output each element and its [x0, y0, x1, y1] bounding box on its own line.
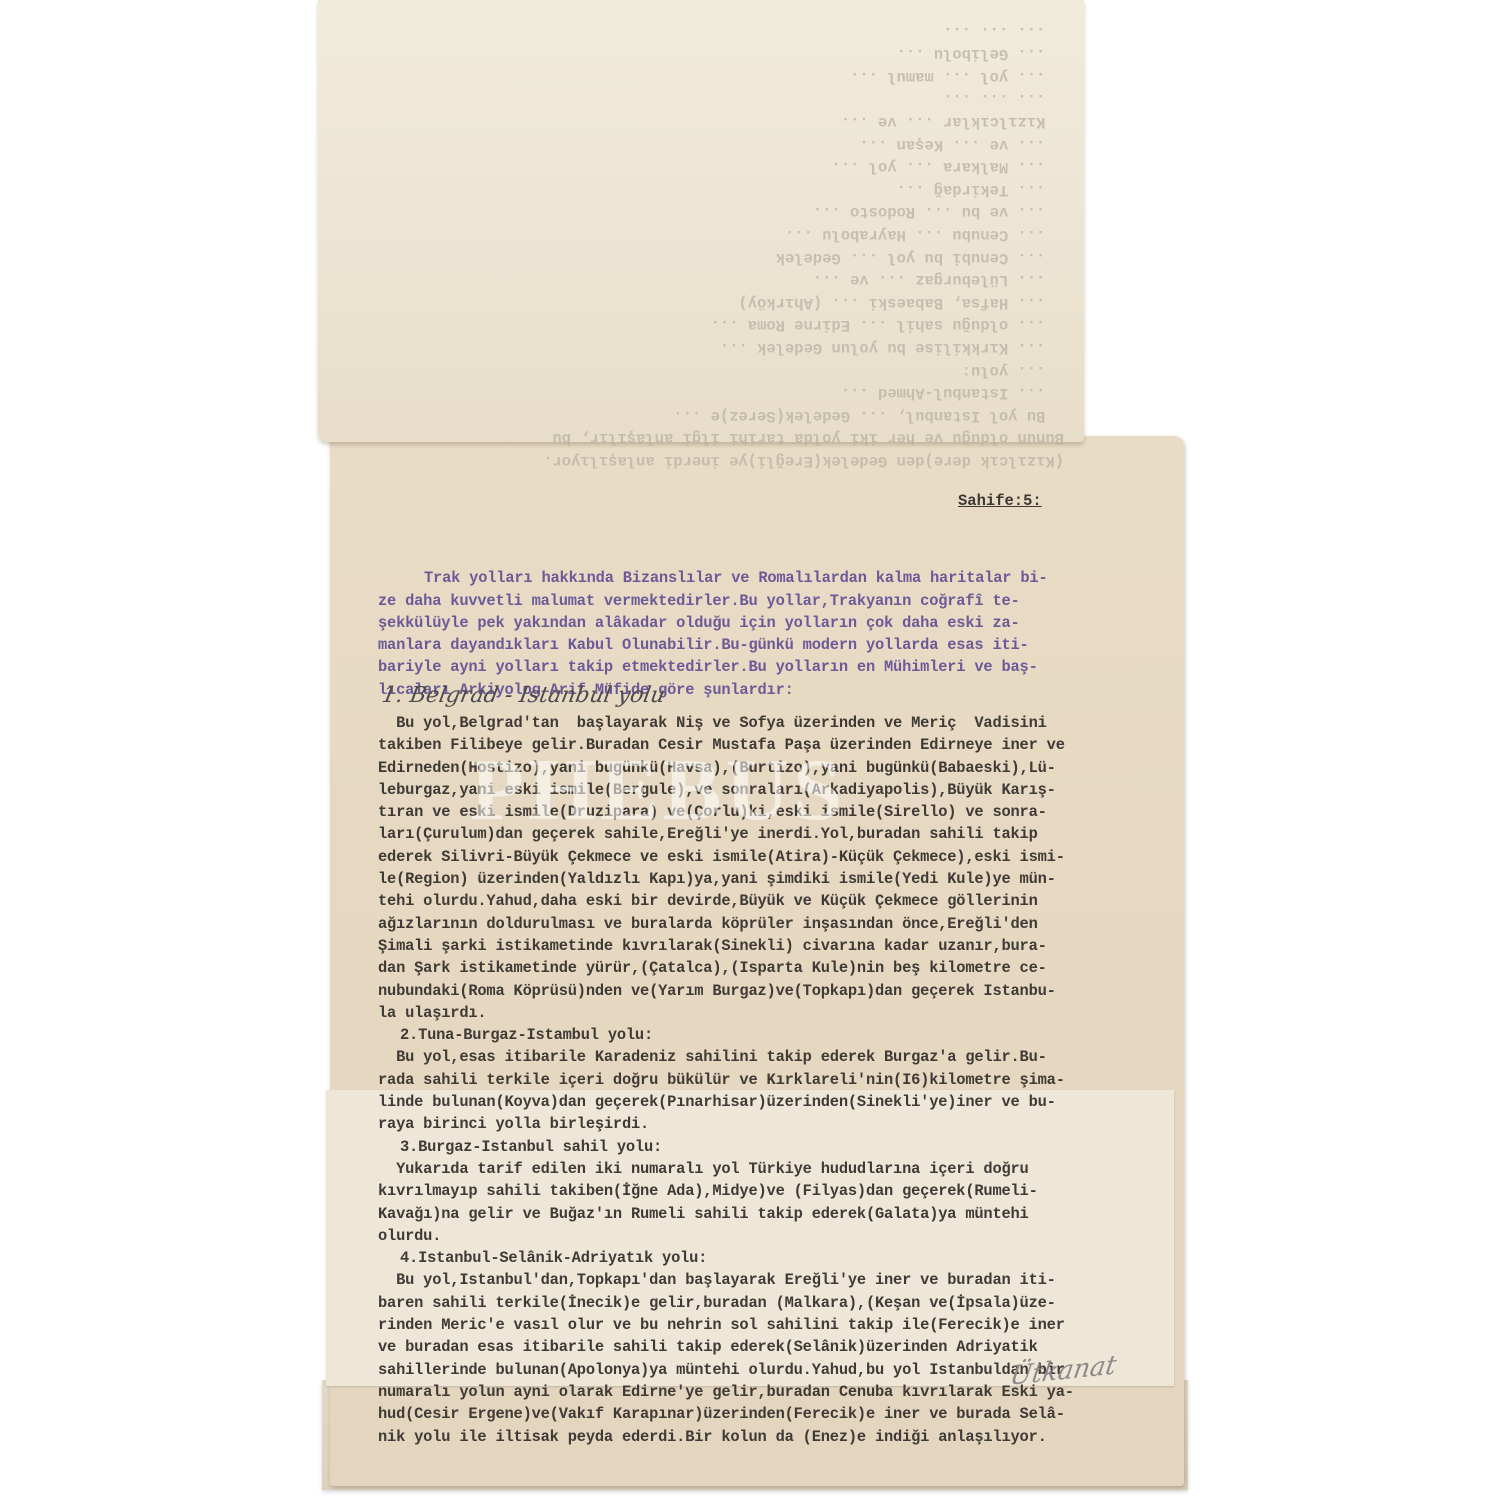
body-line: rada sahili terkile içeri doğru bükülür … — [378, 1069, 1074, 1091]
body-line: Yukarıda tarif edilen iki numaralı yol T… — [378, 1158, 1074, 1180]
body-line: Bu yol,Istanbul'dan,Topkapı'dan başlayar… — [378, 1269, 1074, 1291]
body-line: Bu yol,esas itibarile Karadeniz sahilini… — [378, 1046, 1074, 1068]
body-line: sahillerinde bulunan(Apolonya)ya müntehi… — [378, 1359, 1074, 1381]
folded-back-sheet: (Kızılcık dere)den Gedelek(Ereğli)ye ine… — [318, 0, 1084, 442]
intro-line: şekkülüyle pek yakından alâkadar olduğu … — [378, 612, 1047, 634]
bleed-through-text: (Kızılcık dere)den Gedelek(Ereğli)ye ine… — [358, 20, 1064, 472]
body-line: Bu yol,Belgrad'tan başlayarak Niş ve Sof… — [378, 712, 1074, 734]
body-line: rinden Meric'e vasıl olur ve bu nehrin s… — [378, 1314, 1074, 1336]
body-line: kıvrılmayıp sahili takiben(İğne Ada),Mid… — [378, 1180, 1074, 1202]
body-line: olurdu. — [378, 1225, 1074, 1247]
body-line: nik yolu ile iltisak peyda ederdi.Bir ko… — [378, 1426, 1074, 1448]
body-line: tehi olurdu.Yahud,daha eski bir devirde,… — [378, 890, 1074, 912]
watermark: PHEBUS — [470, 740, 846, 841]
intro-line: Trak yolları hakkında Bizanslılar ve Rom… — [378, 567, 1047, 589]
intro-line: bariyle ayni yolları takip etmektedirler… — [378, 656, 1047, 678]
body-line: ağızlarının doldurulması ve buralarda kö… — [378, 913, 1074, 935]
body-line: la ulaşırdı. — [378, 1002, 1074, 1024]
body-line: nubundaki(Roma Köprüsü)nden ve(Yarım Bur… — [378, 980, 1074, 1002]
page-number: Sahife:5: — [958, 492, 1042, 510]
intro-line: manlara dayandıkları Kabul Olunabilir.Bu… — [378, 634, 1047, 656]
section-title: 2.Tuna-Burgaz-Istambul yolu: — [378, 1024, 1074, 1046]
body-line: raya birinci yolla birleşirdi. — [378, 1113, 1074, 1135]
intro-line: ze daha kuvvetli malumat vermektedirler.… — [378, 590, 1047, 612]
body-line: linde bulunan(Koyva)dan geçerek(Pınarhis… — [378, 1091, 1074, 1113]
body-line: hud(Cesir Ergene)ve(Vakıf Karapınar)üzer… — [378, 1403, 1074, 1425]
body-line: ve buradan esas itibarile sahili takip e… — [378, 1336, 1074, 1358]
handwritten-heading: 1. Belgrad - Istanbul yolu — [380, 683, 667, 708]
body-line: le(Region) üzerinden(Yaldızlı Kapı)ya,ya… — [378, 868, 1074, 890]
body-line: Kavağı)na gelir ve Buğaz'ın Rumeli sahil… — [378, 1203, 1074, 1225]
body-line: ederek Silivri-Büyük Çekmece ve eski ism… — [378, 846, 1074, 868]
body-line: dan Şark istikametinde yürür,(Çatalca),(… — [378, 957, 1074, 979]
body-line: Şimali şarki istikametinde kıvrılarak(Si… — [378, 935, 1074, 957]
body-line: baren sahili terkile(İnecik)e gelir,bura… — [378, 1292, 1074, 1314]
section-title: 4.Istanbul-Selânik-Adriyatık yolu: — [378, 1247, 1074, 1269]
body-line: numaralı yolun ayni olarak Edirne'ye gel… — [378, 1381, 1074, 1403]
section-title: 3.Burgaz-Istanbul sahil yolu: — [378, 1136, 1074, 1158]
